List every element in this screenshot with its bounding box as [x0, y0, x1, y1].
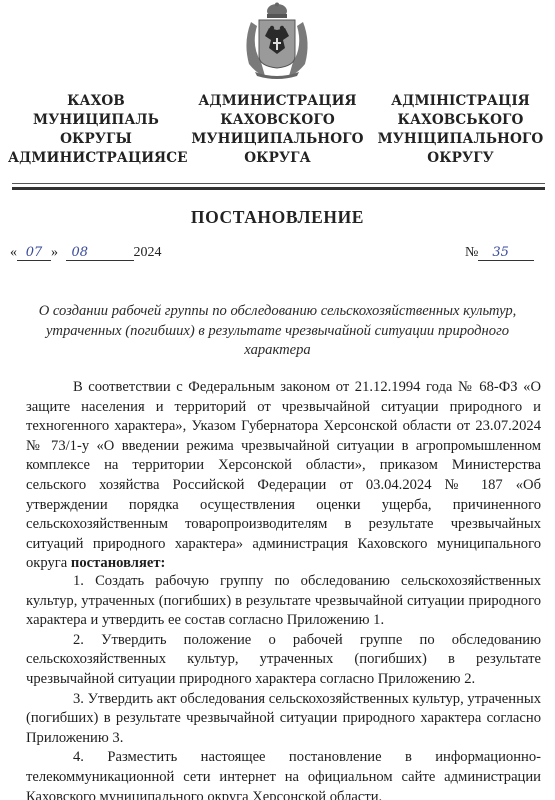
header-russian: АДМИНИСТРАЦИЯ КАХОВСКОГО МУНИЦИПАЛЬНОГО … — [185, 92, 370, 168]
decree-word: постановляет: — [71, 555, 165, 571]
list-item: 4. Разместить настоящее постановление в … — [26, 748, 541, 800]
header-line: ОКРУГУ — [373, 149, 548, 168]
preamble-text: В соответствии с Федеральным законом от … — [26, 379, 541, 571]
item-number: 1. — [73, 573, 84, 589]
header-line: МУНИЦИПАЛЬ — [8, 111, 184, 130]
decree-items: 1. Создать рабочую группу по обследовани… — [26, 572, 541, 800]
header-line: АДМІНІСТРАЦІЯ — [373, 92, 548, 111]
header-line: МУНИЦИПАЛЬНОГО — [185, 130, 370, 149]
header-line: КАХОВСКОГО — [185, 111, 370, 130]
list-item: 3. Утвердить акт обследования сельскохоз… — [26, 690, 541, 749]
header-divider-thin — [12, 183, 545, 184]
date-month-handwritten: 08 — [66, 246, 134, 261]
number-value-handwritten: 35 — [478, 246, 534, 261]
item-number: 2. — [73, 632, 84, 648]
list-item: 2. Утвердить положение о рабочей группе … — [26, 631, 541, 690]
item-text: Утвердить акт обследования сельскохозяйс… — [26, 691, 541, 746]
date-close-quote: » — [51, 245, 58, 260]
header-ukrainian: АДМІНІСТРАЦІЯ КАХОВСЬКОГО МУНІЦИПАЛЬНОГО… — [373, 92, 548, 168]
header-line: ОКРУГЫ — [8, 130, 184, 149]
header-line: ОКРУГА — [185, 149, 370, 168]
item-text: Создать рабочую группу по обследованию с… — [26, 573, 541, 628]
header-line: АДМИНИСТРАЦИЯСЕ — [8, 149, 184, 168]
item-number: 3. — [73, 691, 84, 707]
list-item: 1. Создать рабочую группу по обследовани… — [26, 572, 541, 631]
header-line: АДМИНИСТРАЦИЯ — [185, 92, 370, 111]
header-line: МУНІЦИПАЛЬНОГО — [373, 130, 548, 149]
header-line: КАХОВСЬКОГО — [373, 111, 548, 130]
coat-of-arms-icon — [241, 2, 313, 80]
header-crimean-tatar: КАХОВ МУНИЦИПАЛЬ ОКРУГЫ АДМИНИСТРАЦИЯСЕ — [8, 92, 184, 168]
document-number: №35 — [465, 245, 534, 261]
preamble: В соответствии с Федеральным законом от … — [26, 378, 541, 574]
item-number: 4. — [73, 749, 84, 765]
item-text: Утвердить положение о рабочей группе по … — [26, 632, 541, 687]
item-text: Разместить настоящее постановление в инф… — [26, 749, 541, 800]
document-type-title: ПОСТАНОВЛЕНИЕ — [0, 207, 555, 228]
header-line: КАХОВ — [8, 92, 184, 111]
date-year: 2024 — [134, 245, 162, 260]
date-open-quote: « — [10, 245, 17, 260]
date-day-handwritten: 07 — [17, 246, 51, 261]
document-date: «07» 082024 — [10, 245, 162, 261]
document-subject: О создании рабочей группы по обследовани… — [30, 302, 525, 361]
number-label: № — [465, 245, 478, 260]
header-divider-thick — [12, 187, 545, 190]
